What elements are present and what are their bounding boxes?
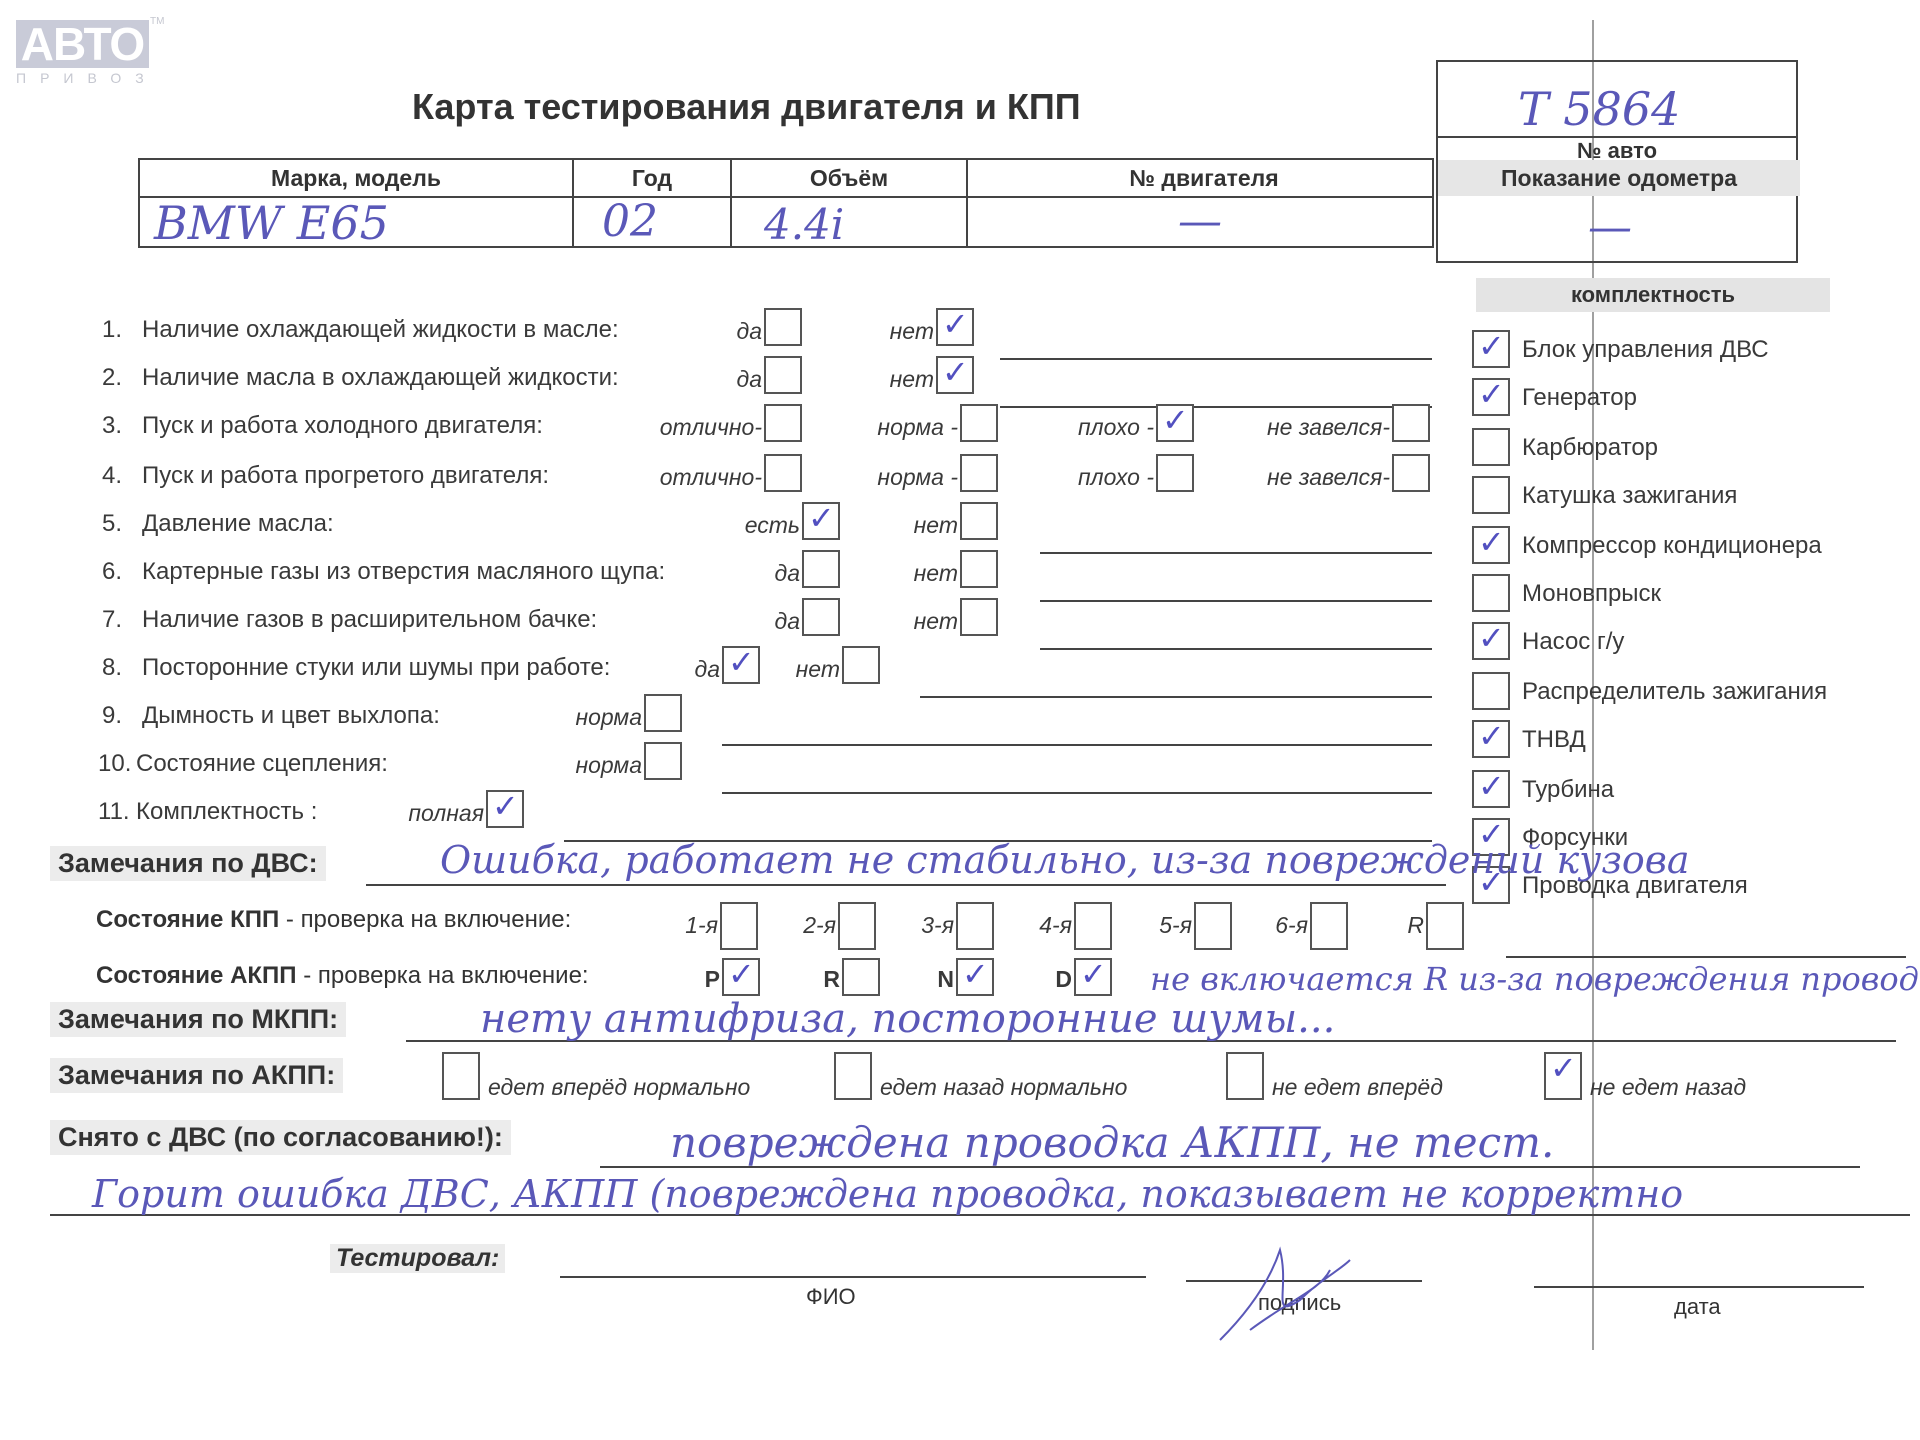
option-label: плохо - <box>1078 414 1154 441</box>
kpp-gear-checkbox[interactable] <box>1194 902 1232 950</box>
akpp-label: Состояние АКПП - проверка на включение: <box>96 962 589 990</box>
remarks-ice-value[interactable]: Ошибка, работает не стабильно, из-за пов… <box>440 838 1900 882</box>
remarks-ice-label: Замечания по ДВС: <box>50 846 326 881</box>
option-checkbox[interactable] <box>960 598 998 636</box>
removed-value-2[interactable]: Горит ошибка ДВС, АКПП (повреждена прово… <box>92 1172 1683 1216</box>
column-year: Год <box>574 160 732 196</box>
option-checkbox[interactable] <box>644 742 682 780</box>
kit-item-label: Моновпрыск <box>1522 580 1661 608</box>
option-checkbox[interactable] <box>960 454 998 492</box>
check-mark-icon: ✓ <box>1478 770 1505 802</box>
option-checkbox[interactable]: ✓ <box>802 502 840 540</box>
kit-item-label: Блок управления ДВС <box>1522 336 1769 364</box>
checklist-label: Посторонние стуки или шумы при работе: <box>142 654 610 682</box>
remarks-akpp-label: Замечания по АКПП: <box>50 1058 343 1093</box>
option-checkbox[interactable] <box>960 404 998 442</box>
checklist-number: 4. <box>102 462 122 490</box>
checklist-label: Дымность и цвет выхлопа: <box>142 702 440 730</box>
akpp-gear-label: R <box>823 966 840 993</box>
option-checkbox[interactable] <box>764 356 802 394</box>
option-checkbox[interactable] <box>802 598 840 636</box>
kpp-gear-label: 2-я <box>803 912 836 939</box>
kit-checkbox[interactable]: ✓ <box>1472 622 1510 660</box>
kit-checkbox[interactable] <box>1472 672 1510 710</box>
avto-number-value[interactable]: Т 5864 <box>1518 82 1680 136</box>
akpp-gear-label: P <box>705 966 720 993</box>
comment-line <box>1040 600 1432 602</box>
akpp-remark-label: едет вперёд нормально <box>488 1074 750 1101</box>
option-checkbox[interactable] <box>960 550 998 588</box>
option-checkbox[interactable]: ✓ <box>486 790 524 828</box>
option-checkbox[interactable] <box>1392 454 1430 492</box>
option-checkbox[interactable] <box>1392 404 1430 442</box>
checklist-label: Наличие масла в охлаждающей жидкости: <box>142 364 619 392</box>
option-checkbox[interactable]: ✓ <box>1156 404 1194 442</box>
date-caption: дата <box>1674 1294 1721 1320</box>
odometer-value[interactable]: — <box>1588 202 1632 253</box>
kit-item-label: ТНВД <box>1522 726 1586 754</box>
option-label: нет <box>914 512 958 539</box>
logo-subtitle: ПРИВОЗ <box>16 70 158 86</box>
option-label: плохо - <box>1078 464 1154 491</box>
option-checkbox[interactable] <box>842 646 880 684</box>
signature-scribble <box>1210 1240 1360 1350</box>
checklist-number: 10. <box>98 750 131 778</box>
check-mark-icon: ✓ <box>1162 404 1189 436</box>
date-line <box>1534 1286 1864 1288</box>
option-label: да <box>736 318 762 345</box>
checklist-number: 2. <box>102 364 122 392</box>
kit-title: комплектность <box>1476 278 1830 312</box>
column-make-model: Марка, модель <box>140 160 574 196</box>
kit-checkbox[interactable] <box>1472 574 1510 612</box>
logo: АВТО <box>16 20 149 68</box>
checklist-label: Наличие охлаждающей жидкости в масле: <box>142 316 619 344</box>
kpp-gear-checkbox[interactable] <box>838 902 876 950</box>
kit-item-label: Компрессор кондиционера <box>1522 532 1822 560</box>
akpp-gear-label: N <box>937 966 954 993</box>
kpp-gear-label: 4-я <box>1039 912 1072 939</box>
kpp-label: Состояние КПП - проверка на включение: <box>96 906 571 934</box>
akpp-gear-checkbox[interactable] <box>842 958 880 996</box>
column-volume: Объём <box>732 160 968 196</box>
option-label: отлично- <box>660 464 762 491</box>
kpp-gear-checkbox[interactable] <box>720 902 758 950</box>
kpp-gear-label: R <box>1407 912 1424 939</box>
kit-checkbox[interactable] <box>1472 476 1510 514</box>
option-label: не завелся- <box>1267 464 1390 491</box>
checklist-label: Картерные газы из отверстия масляного щу… <box>142 558 665 586</box>
option-checkbox[interactable] <box>1156 454 1194 492</box>
check-mark-icon: ✓ <box>942 308 969 340</box>
option-label: отлично- <box>660 414 762 441</box>
remarks-mkpp-label: Замечания по МКПП: <box>50 1002 346 1037</box>
akpp-gear-checkbox[interactable]: ✓ <box>722 958 760 996</box>
comment-line <box>1000 406 1432 408</box>
fio-line <box>560 1276 1146 1278</box>
option-checkbox[interactable] <box>764 404 802 442</box>
comment-line <box>722 792 1432 794</box>
vehicle-header-table: Марка, модель Год Объём № двигателя Пока… <box>138 158 1434 248</box>
option-label: норма <box>575 704 642 731</box>
kpp-gear-checkbox[interactable] <box>1310 902 1348 950</box>
option-label: да <box>736 366 762 393</box>
akpp-gear-checkbox[interactable]: ✓ <box>956 958 994 996</box>
kit-checkbox[interactable] <box>1472 428 1510 466</box>
akpp-remark-label: не едет вперёд <box>1272 1074 1443 1101</box>
removed-value[interactable]: повреждена проводка АКПП, не тест. <box>670 1118 1554 1167</box>
option-checkbox[interactable] <box>644 694 682 732</box>
option-label: норма - <box>877 464 958 491</box>
akpp-remark-checkbox[interactable]: ✓ <box>1544 1052 1582 1100</box>
kit-checkbox[interactable]: ✓ <box>1472 720 1510 758</box>
option-checkbox[interactable] <box>764 308 802 346</box>
akpp-remark-label: не едет назад <box>1590 1074 1746 1101</box>
checklist-number: 11. <box>98 798 130 826</box>
option-label: да <box>774 560 800 587</box>
fio-caption: ФИО <box>806 1284 856 1310</box>
check-mark-icon: ✓ <box>808 502 835 534</box>
checklist-label: Комплектность : <box>136 798 317 826</box>
comment-line <box>920 696 1432 698</box>
checklist-number: 3. <box>102 412 122 440</box>
akpp-remark-checkbox[interactable] <box>1226 1052 1264 1100</box>
option-label: норма <box>575 752 642 779</box>
remarks-ice-line <box>366 884 1446 886</box>
checklist-number: 9. <box>102 702 122 730</box>
checklist-number: 8. <box>102 654 122 682</box>
option-checkbox[interactable] <box>960 502 998 540</box>
checklist-label: Наличие газов в расширительном бачке: <box>142 606 597 634</box>
checklist-number: 1. <box>102 316 122 344</box>
option-label: нет <box>796 656 840 683</box>
option-label: не завелся- <box>1267 414 1390 441</box>
check-mark-icon: ✓ <box>1478 526 1505 558</box>
option-label: нет <box>890 318 934 345</box>
option-checkbox[interactable]: ✓ <box>936 356 974 394</box>
option-checkbox[interactable] <box>764 454 802 492</box>
checklist-number: 5. <box>102 510 122 538</box>
option-label: нет <box>890 366 934 393</box>
kpp-gear-label: 5-я <box>1159 912 1192 939</box>
option-label: да <box>774 608 800 635</box>
volume-value[interactable]: 4.4i <box>764 200 844 249</box>
check-mark-icon: ✓ <box>942 356 969 388</box>
kpp-gear-label: 3-я <box>921 912 954 939</box>
kit-item-label: Турбина <box>1522 776 1614 804</box>
column-engine-number: № двигателя <box>968 160 1442 196</box>
kit-checkbox[interactable]: ✓ <box>1472 526 1510 564</box>
checklist-number: 6. <box>102 558 122 586</box>
option-label: нет <box>914 560 958 587</box>
checklist-label: Пуск и работа прогретого двигателя: <box>142 462 549 490</box>
kpp-gear-label: 1-я <box>685 912 718 939</box>
comment-line <box>1040 552 1432 554</box>
kpp-gear-checkbox[interactable] <box>1074 902 1112 950</box>
kpp-gear-checkbox[interactable] <box>1426 902 1464 950</box>
kit-item-label: Насос г/у <box>1522 628 1624 656</box>
engine-number-value[interactable]: — <box>1178 196 1222 247</box>
kit-item-label: Распределитель зажигания <box>1522 678 1827 706</box>
option-checkbox[interactable]: ✓ <box>936 308 974 346</box>
kit-checkbox[interactable]: ✓ <box>1472 378 1510 416</box>
logo-trademark: TM <box>150 16 164 27</box>
akpp-gear-label: D <box>1055 966 1072 993</box>
option-label: да <box>694 656 720 683</box>
remarks-mkpp-value[interactable]: нету антифриза, посторонние шумы... <box>480 996 1335 1042</box>
comment-line <box>1040 648 1432 650</box>
option-label: нет <box>914 608 958 635</box>
option-checkbox[interactable] <box>802 550 840 588</box>
comment-line <box>722 744 1432 746</box>
option-checkbox[interactable]: ✓ <box>722 646 760 684</box>
kpp-gear-label: 6-я <box>1275 912 1308 939</box>
check-mark-icon: ✓ <box>1478 720 1505 752</box>
check-mark-icon: ✓ <box>492 790 519 822</box>
akpp-remark-checkbox[interactable] <box>442 1052 480 1100</box>
option-label: полная <box>408 800 484 827</box>
checklist-label: Пуск и работа холодного двигателя: <box>142 412 543 440</box>
make-model-value[interactable]: BMW E65 <box>154 196 389 250</box>
akpp-gear-checkbox[interactable]: ✓ <box>1074 958 1112 996</box>
year-value[interactable]: 02 <box>602 196 658 247</box>
check-mark-icon: ✓ <box>1478 378 1505 410</box>
kit-item-label: Генератор <box>1522 384 1637 412</box>
checklist-label: Состояние сцепления: <box>136 750 388 778</box>
check-mark-icon: ✓ <box>1478 330 1505 362</box>
page-title: Карта тестирования двигателя и КПП <box>412 86 1081 128</box>
kpp-gear-checkbox[interactable] <box>956 902 994 950</box>
checklist-label: Давление масла: <box>142 510 334 538</box>
option-label: норма - <box>877 414 958 441</box>
kit-item-label: Карбюратор <box>1522 434 1658 462</box>
column-odometer: Показание одометра <box>1438 160 1800 196</box>
check-mark-icon: ✓ <box>728 646 755 678</box>
comment-line <box>1000 358 1432 360</box>
tester-label: Тестировал: <box>330 1244 505 1273</box>
akpp-remark-label: едет назад нормально <box>880 1074 1127 1101</box>
akpp-remark-checkbox[interactable] <box>834 1052 872 1100</box>
kit-item-label: Катушка зажигания <box>1522 482 1737 510</box>
akpp-note[interactable]: не включается R из-за повреждения провод… <box>1150 960 1920 998</box>
removed-label: Снято с ДВС (по согласованию!): <box>50 1120 511 1155</box>
kpp-note-line <box>1506 956 1906 958</box>
checklist-number: 7. <box>102 606 122 634</box>
check-mark-icon: ✓ <box>1478 622 1505 654</box>
option-label: есть <box>745 512 800 539</box>
kit-checkbox[interactable]: ✓ <box>1472 330 1510 368</box>
kit-checkbox[interactable]: ✓ <box>1472 770 1510 808</box>
